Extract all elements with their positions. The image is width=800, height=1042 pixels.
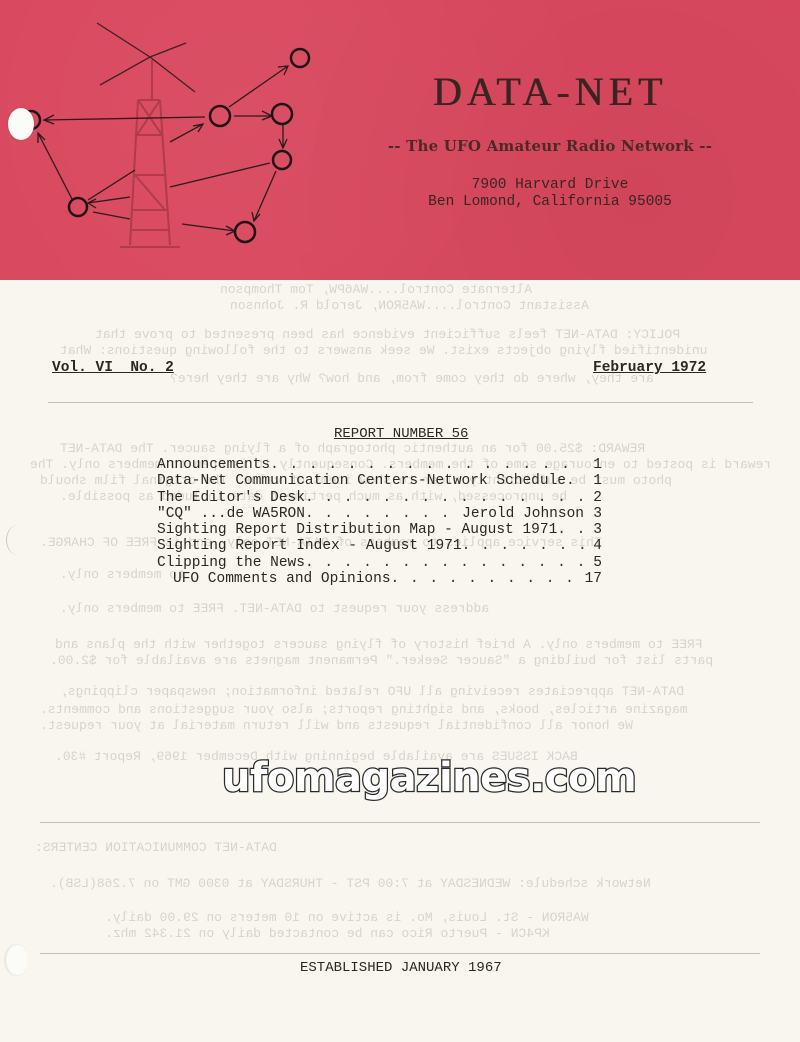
publication-tagline: -- The UFO Amateur Radio Network -- <box>380 137 720 155</box>
toc-entry-page: 4 <box>584 538 602 554</box>
toc-leader-dots: . . . . . . . . . . . . . . . . . . . . … <box>391 571 584 587</box>
bleed-text: address your request to DATA-NET. FREE t… <box>60 601 489 616</box>
toc-entry: Announcements. . . . . . . . . . . . . .… <box>157 457 602 473</box>
bleed-text: Assistant Control....WA5RON, Jerold R. J… <box>230 298 589 313</box>
report-title: REPORT NUMBER 56 <box>334 426 468 442</box>
address-line-2: Ben Lomond, California 95005 <box>380 194 720 211</box>
bleed-text: We honor all confidential requests and w… <box>40 718 633 733</box>
toc-entry: Data-Net Communication Centers-Network S… <box>157 473 602 489</box>
toc-entry-page: 3 <box>584 506 602 522</box>
table-of-contents: Announcements. . . . . . . . . . . . . .… <box>157 457 602 587</box>
toc-leader-dots: . . . . . . . . . . . . . . . . . . . . … <box>305 506 462 522</box>
bleed-text: are they, where do they come from, and h… <box>170 371 654 386</box>
toc-entry-title: Clipping the News <box>157 555 305 571</box>
toc-leader-dots: . . . . . . . . . . . . . . . . . . . . … <box>462 538 584 554</box>
toc-entry-title: "CQ" ...de WA5RON <box>157 506 305 522</box>
bleed-text: parts list for building a "Saucer Seeker… <box>50 653 713 668</box>
toc-leader-dots: . . . . . . . . . . . . . . . . . . . . … <box>305 490 584 506</box>
toc-entry-page: 1 <box>584 473 602 489</box>
toc-entry: UFO Comments and Opinions. . . . . . . .… <box>157 571 602 587</box>
volume-number: Vol. VI No. 2 <box>52 360 174 376</box>
toc-leader-dots: . . . . . . . . . . . . . . . . . . . . … <box>270 457 584 473</box>
toc-entry-title: The Editor's Desk <box>157 490 305 506</box>
bleed-text: FREE to members only. A brief history of… <box>55 637 703 652</box>
divider <box>40 822 760 823</box>
toc-entry-title: Sighting Report Index - August 1971 <box>157 538 462 554</box>
bleed-text: WA5RON - St. Louis, Mo. is active on 10 … <box>105 910 589 925</box>
bleed-text: magazine articles, books, and sighting r… <box>40 702 688 717</box>
toc-entry-title: UFO Comments and Opinions <box>173 571 391 587</box>
divider <box>40 953 760 954</box>
radio-tower-network-diagram-icon <box>0 0 340 280</box>
binder-hole <box>6 525 29 555</box>
bleed-text: DATA-NET COMMUNICATION CENTERS: <box>35 840 277 855</box>
toc-entry: "CQ" ...de WA5RON. . . . . . . . . . . .… <box>157 506 602 522</box>
toc-entry-page: 1 <box>584 457 602 473</box>
publication-address: 7900 Harvard Drive Ben Lomond, Californi… <box>380 177 720 211</box>
toc-entry-page: 3 <box>584 522 602 538</box>
masthead-band: DATA-NET -- The UFO Amateur Radio Networ… <box>0 0 800 280</box>
toc-entry: The Editor's Desk. . . . . . . . . . . .… <box>157 490 602 506</box>
established-footer: ESTABLISHED JANUARY 1967 <box>300 960 502 976</box>
toc-entry-author: Jerold Johnson <box>462 506 584 522</box>
bleed-text: Alternate Control....WA6PW, Tom Thompson <box>220 282 532 297</box>
toc-leader-dots: . . . . . . . . . . . . . . . . . . . . … <box>557 522 584 538</box>
divider <box>48 402 753 403</box>
toc-entry-page: 17 <box>584 571 602 587</box>
watermark: ufomagazines.com <box>222 755 582 801</box>
address-line-1: 7900 Harvard Drive <box>380 177 720 194</box>
bleed-text: DATA-NET appreciates receiving all UFO r… <box>60 684 684 699</box>
toc-entry: Sighting Report Index - August 1971. . .… <box>157 538 602 554</box>
bleed-text: Network schedule: WEDNESDAY at 7:00 PST … <box>50 876 651 891</box>
masthead: DATA-NET -- The UFO Amateur Radio Networ… <box>380 68 720 211</box>
binder-hole <box>6 945 28 975</box>
toc-entry: Sighting Report Distribution Map - Augus… <box>157 522 602 538</box>
issue-date: February 1972 <box>593 360 706 376</box>
bleed-text: KP4CN - Puerto Rico can be contacted dai… <box>105 926 550 941</box>
toc-entry-page: 2 <box>584 490 602 506</box>
bleed-text: REWARD: $25.00 for an authentic photogra… <box>60 441 645 456</box>
toc-entry-title: Announcements <box>157 457 270 473</box>
publication-title: DATA-NET <box>380 68 720 115</box>
bleed-text: POLICY: DATA-NET feels sufficient eviden… <box>95 327 680 342</box>
toc-entry-page: 5 <box>584 555 602 571</box>
binder-hole <box>8 108 34 140</box>
bleed-text: unidentified flying objects exist. We se… <box>60 343 708 358</box>
toc-entry-title: Data-Net Communication Centers-Network S… <box>157 473 566 489</box>
toc-leader-dots: . . . . . . . . . . . . . . . . . . . . … <box>566 473 584 489</box>
toc-leader-dots: . . . . . . . . . . . . . . . . . . . . … <box>305 555 584 571</box>
toc-entry-title: Sighting Report Distribution Map - Augus… <box>157 522 557 538</box>
toc-entry: Clipping the News. . . . . . . . . . . .… <box>157 555 602 571</box>
